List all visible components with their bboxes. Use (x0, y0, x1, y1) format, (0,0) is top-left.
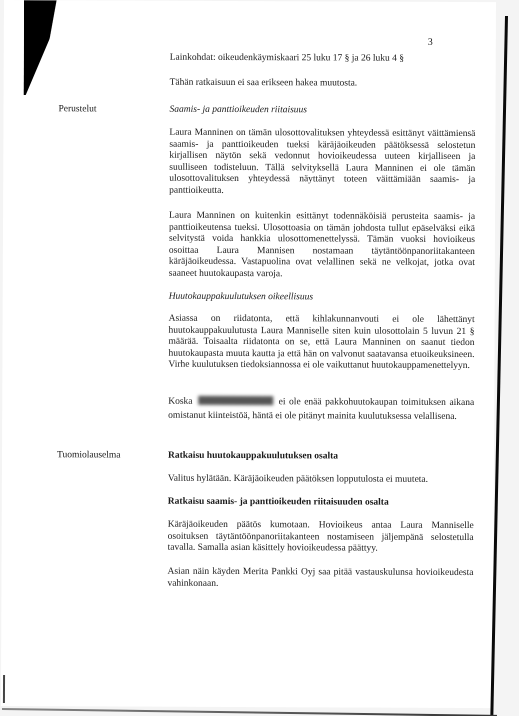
section-label-judgment: Tuomiolauselma (57, 450, 121, 460)
reasoning-paragraph-1: Laura Manninen on tämän ulosottovalituks… (169, 128, 475, 199)
page-number: 3 (428, 37, 433, 48)
law-references: Lainkohdat: oikeudenkäymiskaari 25 luku … (170, 53, 404, 64)
judgment-paragraph-1: Valitus hylätään. Käräjäoikeuden päätöks… (168, 474, 474, 487)
reasoning-paragraph-2: Laura Manninen on kuitenkin esittänyt to… (169, 211, 475, 282)
subheading-claim-dispute: Saamis- ja panttioikeuden riitaisuus (169, 105, 475, 118)
section-label-reasoning: Perustelut (59, 104, 97, 114)
judgment-paragraph-2: Käräjäoikeuden päätös kumotaan. Hovioike… (168, 520, 474, 556)
subheading-auction-ruling: Ratkaisu huutokauppakuulutuksen osalta (168, 451, 474, 464)
judgment-paragraph-3: Asian näin käyden Merita Pankki Oyj saa … (167, 567, 473, 592)
subheading-auction-notice: Huutokauppakuulutuksen oikeellisuus (169, 292, 475, 305)
reasoning-paragraph-3: Asiassa on riidatonta, että kihlakunnanv… (168, 314, 474, 373)
corner-fold-shadow (24, 0, 66, 95)
reasoning-paragraph-4: Koska ei ole enää pakkohuutokaupan toimi… (168, 396, 474, 424)
page-edge-shadow-left (3, 675, 5, 703)
appeal-notice: Tähän ratkaisuun ei saa erikseen hakea m… (170, 78, 358, 89)
redacted-name (198, 396, 273, 405)
scanned-page: 3 Lainkohdat: oikeudenkäymiskaari 25 luk… (1, 0, 496, 708)
paragraph-4-prefix: Koska (168, 397, 196, 407)
subheading-claim-ruling: Ratkaisu saamis- ja panttioikeuden riita… (168, 497, 474, 510)
page-edge-shadow-bottom (2, 708, 497, 716)
